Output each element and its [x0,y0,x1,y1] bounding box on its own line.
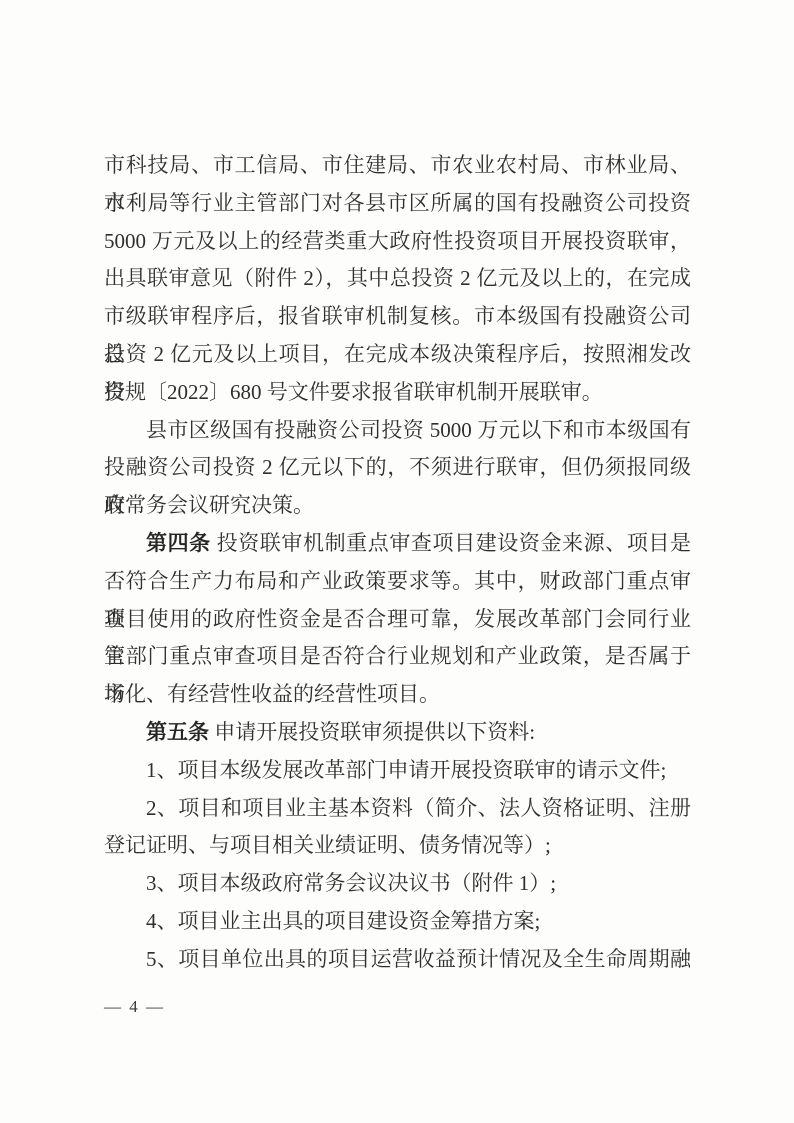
text-segment: 1、项目本级发展改革部门申请开展投资联审的请示文件; [146,758,666,782]
text-line: 投资 2 亿元及以上项目，在完成本级决策程序后，按照湘发改投 [104,336,691,374]
text-line: 第四条 投资联审机制重点审查项目建设资金来源、项目是 [104,525,691,563]
text-line: 场化、有经营性收益的经营性项目。 [104,676,691,714]
text-segment: 府常务会议研究决策。 [104,493,314,517]
document-page: 市科技局、市工信局、市住建局、市农业农村局、市林业局、市水利局等行业主管部门对各… [0,0,794,1123]
text-segment: 出具联审意见（附件 2），其中总投资 2 亿元及以上的，在完成 [104,266,691,290]
page-number: — 4 — [104,997,165,1016]
text-segment: 3、项目本级政府常务会议决议书（附件 1）; [146,871,556,895]
text-line: 市科技局、市工信局、市住建局、市农业农村局、市林业局、市 [104,147,691,185]
text-line: 第五条 申请开展投资联审须提供以下资料: [104,714,691,752]
text-line: 市级联审程序后，报省联审机制复核。市本级国有投融资公司总 [104,298,691,336]
text-line: 2、项目和项目业主基本资料（简介、法人资格证明、注册 [104,790,691,828]
text-line: 登记证明、与项目相关业绩证明、债务情况等）; [104,827,691,865]
text-line: 水利局等行业主管部门对各县市区所属的国有投融资公司投资 [104,185,691,223]
text-segment: 申请开展投资联审须提供以下资料: [209,720,535,744]
article-number: 第五条 [146,720,209,744]
text-line: 县市区级国有投融资公司投资 5000 万元以下和市本级国有 [104,412,691,450]
text-line: 资规〔2022〕680 号文件要求报省联审机制开展联审。 [104,374,691,412]
text-line: 项目使用的政府性资金是否合理可靠，发展改革部门会同行业主 [104,601,691,639]
text-segment: 资规〔2022〕680 号文件要求报省联审机制开展联审。 [104,380,603,404]
text-line: 府常务会议研究决策。 [104,487,691,525]
text-line: 5000 万元及以上的经营类重大政府性投资项目开展投资联审， [104,223,691,261]
text-line: 3、项目本级政府常务会议决议书（附件 1）; [104,865,691,903]
text-segment: 5000 万元及以上的经营类重大政府性投资项目开展投资联审， [104,229,691,253]
text-segment: 4、项目业主出具的项目建设资金筹措方案; [146,909,540,933]
text-segment: 场化、有经营性收益的经营性项目。 [104,682,440,706]
text-segment: 5、项目单位出具的项目运营收益预计情况及全生命周期融 [146,947,691,971]
text-line: 否符合生产力布局和产业政策要求等。其中，财政部门重点审查 [104,563,691,601]
text-line: 1、项目本级发展改革部门申请开展投资联审的请示文件; [104,752,691,790]
text-segment: 登记证明、与项目相关业绩证明、债务情况等）; [104,833,551,857]
text-segment: 水利局等行业主管部门对各县市区所属的国有投融资公司投资 [104,191,691,215]
text-line: 4、项目业主出具的项目建设资金筹措方案; [104,903,691,941]
text-segment: 2、项目和项目业主基本资料（简介、法人资格证明、注册 [146,796,691,820]
text-segment: 县市区级国有投融资公司投资 5000 万元以下和市本级国有 [146,418,691,442]
article-number: 第四条 [146,531,211,555]
text-line: 出具联审意见（附件 2），其中总投资 2 亿元及以上的，在完成 [104,260,691,298]
text-line: 投融资公司投资 2 亿元以下的，不须进行联审，但仍须报同级政 [104,449,691,487]
text-line: 管部门重点审查项目是否符合行业规划和产业政策，是否属于市 [104,638,691,676]
text-segment: 投资联审机制重点审查项目建设资金来源、项目是 [211,531,691,555]
page-footer: — 4 — [104,995,165,1019]
text-line: 5、项目单位出具的项目运营收益预计情况及全生命周期融 [104,941,691,979]
document-body: 市科技局、市工信局、市住建局、市农业农村局、市林业局、市水利局等行业主管部门对各… [104,147,691,979]
